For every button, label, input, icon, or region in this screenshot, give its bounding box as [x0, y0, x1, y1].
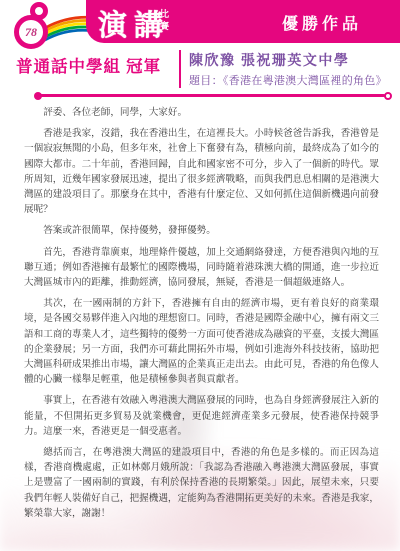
- speech-paragraph: 香港是我家，沒錯，我在香港出生，在這裡長大。小時候爸爸告訴我，香港曾是一個寂寂無…: [24, 126, 379, 217]
- speech-paragraph: 評委、各位老師，同學，大家好。: [24, 105, 379, 120]
- page-number: 78: [25, 25, 37, 40]
- category-award-label: 普通話中學組 冠軍: [16, 53, 178, 77]
- divider-dot-icon: [34, 92, 42, 100]
- divider-ring-icon: [384, 92, 392, 100]
- section-divider: [35, 91, 390, 100]
- speech-topic: 題目：《香港在粵港澳大灣區裡的角色》: [189, 72, 387, 88]
- divider-line: [38, 94, 385, 97]
- speech-paragraph: 答案或許很簡單，保持優勢，發揮優勢。: [24, 223, 379, 238]
- speech-paragraph: 首先，香港背靠廣東，地理條件優越，加上交通網絡發達，方便香港與內地的互聯互通；例…: [24, 245, 379, 291]
- vertical-divider: [179, 50, 181, 88]
- speech-paragraph: 事實上，在香港有效融入粵港澳大灣區發展的同時，也為自身經濟發展注入新的能量，不但…: [24, 393, 379, 439]
- speech-paragraph: 總括而言，在粵港澳大灣區的建設項目中，香港的角色是多樣的。而正因為這樣，香港商機…: [24, 445, 379, 521]
- speech-paragraph: 其次，在一國兩制的方針下，香港擁有自由的經濟市場，更有着良好的商業環境，是各國交…: [24, 296, 379, 387]
- magazine-page: 演講 比賽 優勝作品 78 普通話中學組 冠軍 陳欣豫 張祝珊英文中學 題目：《…: [0, 0, 400, 551]
- page-number-badge: 78: [0, 0, 60, 55]
- banner-title-sub: 比賽: [158, 9, 171, 33]
- header-banner: 演講 比賽 優勝作品: [86, 0, 400, 43]
- speech-body: 評委、各位老師，同學，大家好。 香港是我家，沒錯，我在香港出生，在這裡長大。小時…: [24, 105, 379, 527]
- page-number-circle: 78: [14, 15, 48, 49]
- section-label: 優勝作品: [282, 11, 362, 34]
- winner-name-school: 陳欣豫 張祝珊英文中學: [189, 50, 349, 70]
